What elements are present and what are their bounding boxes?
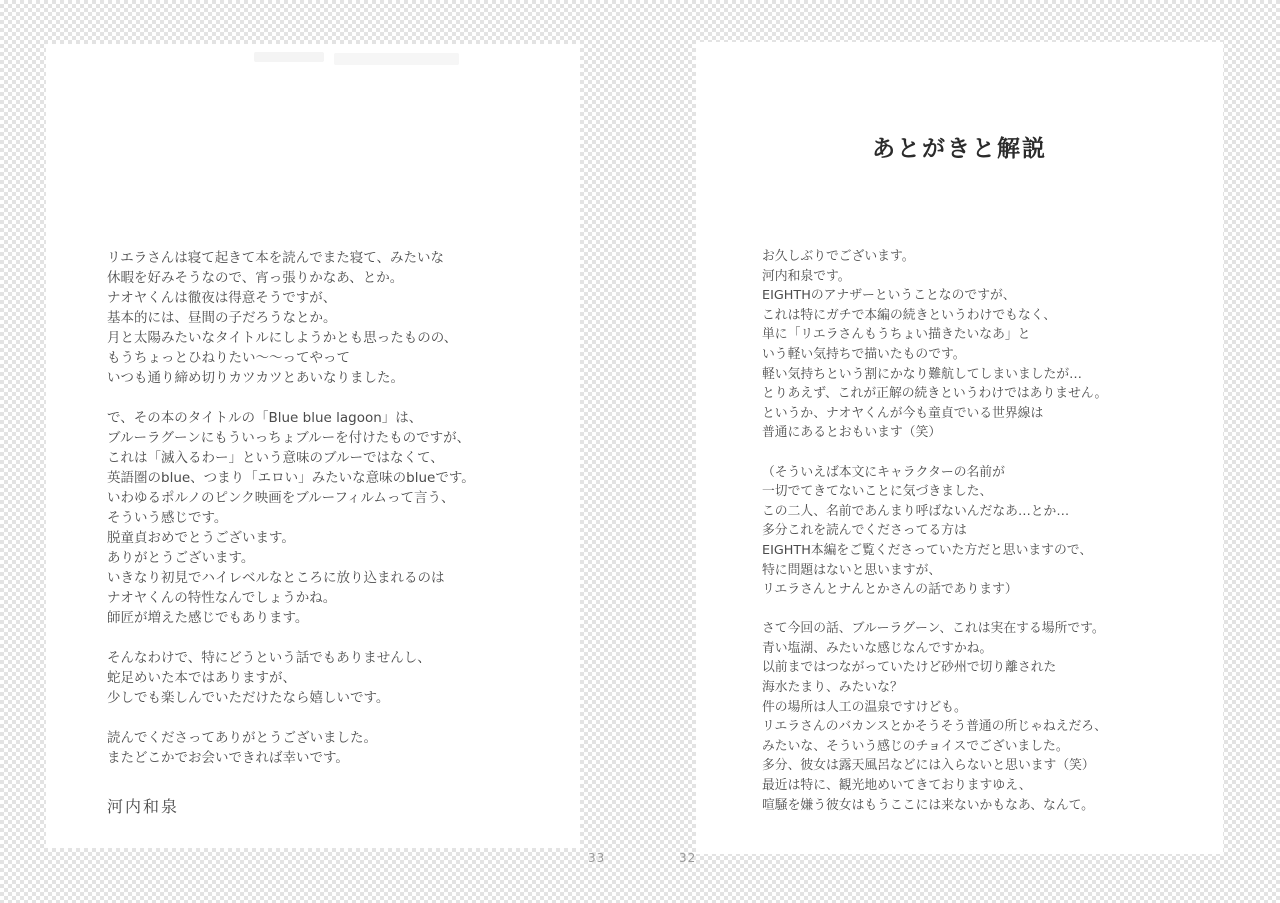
text-line: そういう感じです。	[107, 508, 475, 528]
text-line	[762, 443, 1107, 463]
text-line: 以前まではつながっていたけど砂州で切り離された	[762, 658, 1107, 678]
text-line: もうちょっとひねりたい～～ってやって	[107, 348, 475, 368]
text-line: リエラさんとナんとかさんの話であります）	[762, 580, 1107, 600]
text-line: 英語圏のblue、つまり「エロい」みたいな意味のblueです。	[107, 468, 475, 488]
text-line: ブルーラグーンにもういっちょブルーを付けたものですが、	[107, 428, 475, 448]
text-line: 少しでも楽しんでいただけたなら嬉しいです。	[107, 688, 475, 708]
text-line	[107, 708, 475, 728]
text-line: いう軽い気持ちで描いたものです。	[762, 345, 1107, 365]
text-line: 蛇足めいた本ではありますが、	[107, 668, 475, 688]
text-line: 特に問題はないと思いますが、	[762, 561, 1107, 581]
text-line	[107, 628, 475, 648]
text-line: この二人、名前であんまり呼ばないんだなあ…とか…	[762, 502, 1107, 522]
text-line: 基本的には、昼間の子だろうなとか。	[107, 308, 475, 328]
page-number-left: 33	[588, 851, 605, 865]
page-spread: リエラさんは寝て起きて本を読んでまた寝て、みたいな休暇を好みそうなので、宵っ張り…	[0, 0, 1280, 903]
scan-bleed-artifact	[254, 52, 324, 62]
text-line: 件の場所は人工の温泉ですけども。	[762, 698, 1107, 718]
text-line: 月と太陽みたいなタイトルにしようかとも思ったものの、	[107, 328, 475, 348]
text-line: EIGHTHのアナザーということなのですが、	[762, 286, 1107, 306]
text-line	[107, 388, 475, 408]
text-line: これは特にガチで本編の続きというわけでもなく、	[762, 306, 1107, 326]
text-line: 読んでくださってありがとうございました。	[107, 728, 475, 748]
text-line: 脱童貞おめでとうございます。	[107, 528, 475, 548]
author-signature: 河内和泉	[107, 794, 179, 817]
text-line: さて今回の話、ブルーラグーン、これは実在する場所です。	[762, 619, 1107, 639]
text-line	[762, 600, 1107, 620]
text-line: 多分これを読んでくださってる方は	[762, 521, 1107, 541]
text-line: お久しぶりでございます。	[762, 247, 1107, 267]
text-line: ナオヤくんは徹夜は得意そうですが、	[107, 288, 475, 308]
page-number-right: 32	[679, 851, 696, 865]
left-page: リエラさんは寝て起きて本を読んでまた寝て、みたいな休暇を好みそうなので、宵っ張り…	[46, 44, 580, 848]
left-page-body-text: リエラさんは寝て起きて本を読んでまた寝て、みたいな休暇を好みそうなので、宵っ張り…	[107, 248, 475, 768]
text-line: 多分、彼女は露天風呂などには入らないと思います（笑）	[762, 756, 1107, 776]
text-line: 最近は特に、観光地めいてきておりますゆえ、	[762, 776, 1107, 796]
text-line: 師匠が増えた感じでもあります。	[107, 608, 475, 628]
text-line: そんなわけで、特にどうという話でもありませんし、	[107, 648, 475, 668]
text-line: リエラさんは寝て起きて本を読んでまた寝て、みたいな	[107, 248, 475, 268]
text-line: いきなり初見でハイレベルなところに放り込まれるのは	[107, 568, 475, 588]
afterword-title: あとがきと解説	[696, 130, 1223, 163]
text-line: 青い塩湖、みたいな感じなんですかね。	[762, 639, 1107, 659]
text-line: 休暇を好みそうなので、宵っ張りかなあ、とか。	[107, 268, 475, 288]
text-line: EIGHTH本編をご覧くださっていた方だと思いますので、	[762, 541, 1107, 561]
text-line: またどこかでお会いできれば幸いです。	[107, 748, 475, 768]
text-line: （そういえば本文にキャラクターの名前が	[762, 463, 1107, 483]
text-line: いつも通り締め切りカツカツとあいなりました。	[107, 368, 475, 388]
text-line: ナオヤくんの特性なんでしょうかね。	[107, 588, 475, 608]
text-line: というか、ナオヤくんが今も童貞でいる世界線は	[762, 404, 1107, 424]
text-line: とりあえず、これが正解の続きというわけではありません。	[762, 384, 1107, 404]
text-line: 軽い気持ちという割にかなり難航してしまいましたが…	[762, 365, 1107, 385]
text-line: 海水たまり、みたいな？	[762, 678, 1107, 698]
text-line: リエラさんのバカンスとかそうそう普通の所じゃねえだろ、	[762, 717, 1107, 737]
scan-bleed-artifact	[334, 53, 459, 65]
right-page-body-text: お久しぶりでございます。河内和泉です。EIGHTHのアナザーということなのですが…	[762, 247, 1107, 815]
text-line: 一切でてきてないことに気づきました、	[762, 482, 1107, 502]
text-line: これは「滅入るわー」という意味のブルーではなくて、	[107, 448, 475, 468]
text-line: で、その本のタイトルの「Blue blue lagoon」は、	[107, 408, 475, 428]
right-page: あとがきと解説 お久しぶりでございます。河内和泉です。EIGHTHのアナザーとい…	[696, 42, 1223, 854]
text-line: みたいな、そういう感じのチョイスでございました。	[762, 737, 1107, 757]
text-line: ありがとうございます。	[107, 548, 475, 568]
text-line: 河内和泉です。	[762, 267, 1107, 287]
text-line: 単に「リエラさんもうちょい描きたいなあ」と	[762, 325, 1107, 345]
text-line: いわゆるポルノのピンク映画をブルーフィルムって言う、	[107, 488, 475, 508]
text-line: 喧騒を嫌う彼女はもうここには来ないかもなあ、なんて。	[762, 796, 1107, 816]
text-line: 普通にあるとおもいます（笑）	[762, 423, 1107, 443]
